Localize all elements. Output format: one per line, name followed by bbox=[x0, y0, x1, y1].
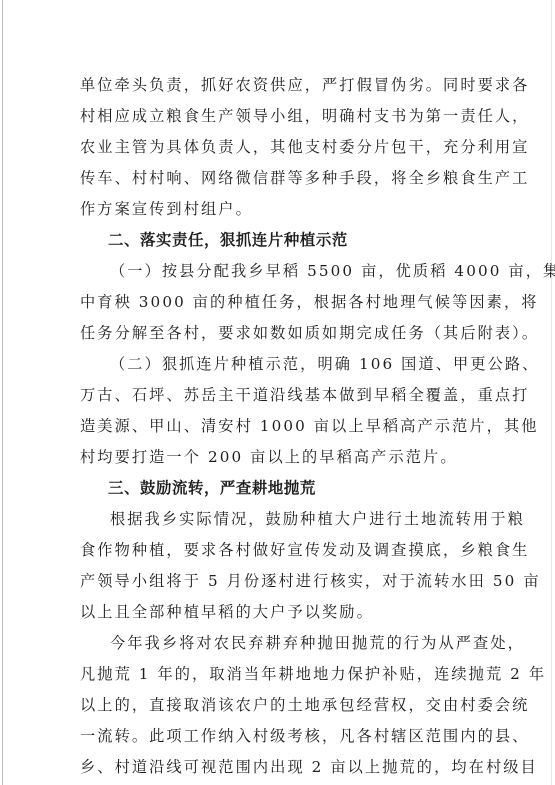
body-line: 村均要打造一个 200 亩以上的早稻高产示范片。 bbox=[80, 442, 472, 473]
body-line: 中育秧 3000 亩的种植任务，根据各村地理气候等因素，将 bbox=[80, 287, 472, 318]
body-line: 村相应成立粮食生产领导小组，明确村支书为第一责任人， bbox=[80, 101, 472, 132]
body-line: 农业主管为具体负责人，其他支村委分片包干，充分利用宣 bbox=[80, 132, 472, 163]
body-line: 乡、村道沿线可视范围内出现 2 亩以上抛荒的，均在村级目 bbox=[80, 752, 472, 783]
paragraph-start-line: 根据我乡实际情况，鼓励种植大户进行土地流转用于粮 bbox=[80, 504, 472, 535]
scan-edge-right bbox=[551, 0, 552, 785]
body-line: 单位牵头负责，抓好农资供应，严打假冒伪劣。同时要求各 bbox=[80, 70, 472, 101]
paragraph-start-line: （一）按县分配我乡早稻 5500 亩，优质稻 4000 亩，集 bbox=[80, 256, 472, 287]
paragraph-start-line: 今年我乡将对农民弃耕弃种抛田抛荒的行为从严查处， bbox=[80, 628, 472, 659]
body-line: 造美源、甲山、清安村 1000 亩以上早稻高产示范片，其他 bbox=[80, 411, 472, 442]
body-line: 凡抛荒 1 年的，取消当年耕地地力保护补贴，连续抛荒 2 年 bbox=[80, 659, 472, 690]
document-page: 单位牵头负责，抓好农资供应，严打假冒伪劣。同时要求各 村相应成立粮食生产领导小组… bbox=[80, 70, 472, 783]
section-heading-3: 三、鼓励流转，严查耕地抛荒 bbox=[80, 473, 472, 504]
paragraph-start-line: （二）狠抓连片种植示范，明确 106 国道、甲更公路、 bbox=[80, 349, 472, 380]
body-line: 任务分解至各村，要求如数如质如期完成任务（其后附表）。 bbox=[80, 318, 472, 349]
body-line: 传车、村村响、网络微信群等多种手段，将全乡粮食生产工 bbox=[80, 163, 472, 194]
body-line: 产领导小组将于 5 月份逐村进行核实，对于流转水田 50 亩 bbox=[80, 566, 472, 597]
body-line: 食作物种植，要求各村做好宣传发动及调查摸底，乡粮食生 bbox=[80, 535, 472, 566]
body-line: 万古、石坪、苏岳主干道沿线基本做到早稻全覆盖，重点打 bbox=[80, 380, 472, 411]
section-heading-2: 二、落实责任，狠抓连片种植示范 bbox=[80, 225, 472, 256]
scan-edge-left bbox=[2, 0, 3, 785]
body-line: 以上且全部种植早稻的大户予以奖励。 bbox=[80, 597, 472, 628]
body-line: 作方案宣传到村组户。 bbox=[80, 194, 472, 225]
body-line: 一流转。此项工作纳入村级考核，凡各村辖区范围内的县、 bbox=[80, 721, 472, 752]
body-line: 以上的，直接取消该农户的土地承包经营权，交由村委会统 bbox=[80, 690, 472, 721]
